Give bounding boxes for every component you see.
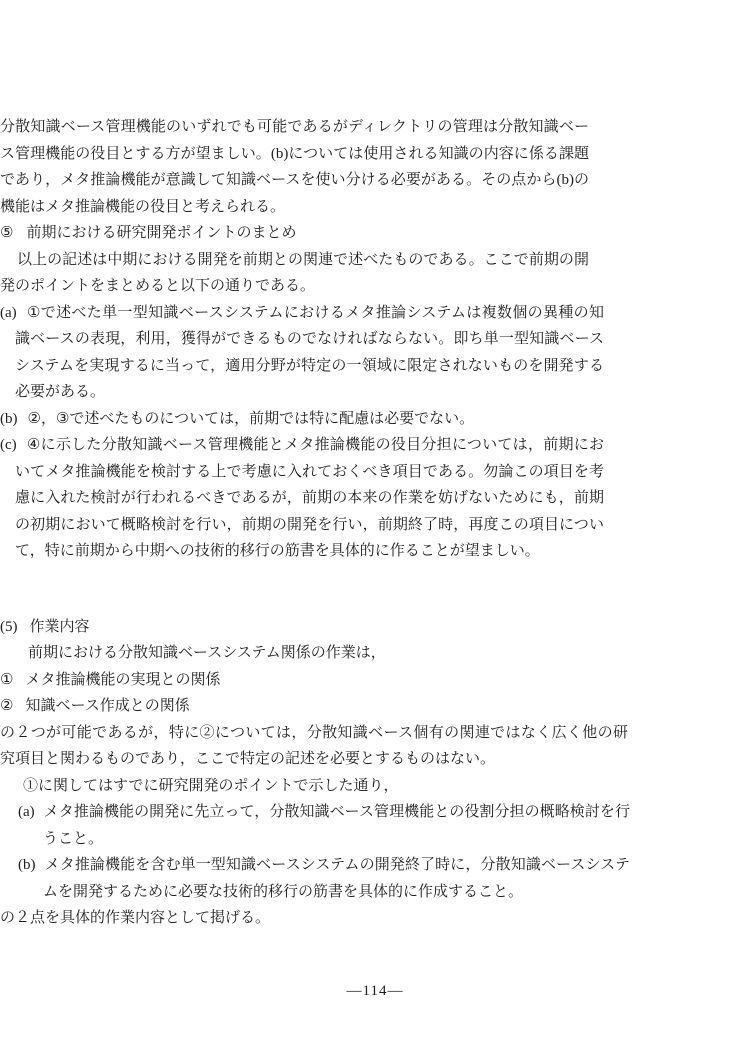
point5-intro-paragraph: 以上の記述は中期における開発を前期との関連で述べたものである。ここで前期の開発の… xyxy=(0,247,589,300)
section5-title: 作業内容 xyxy=(30,619,90,635)
circled-2-label: ② xyxy=(0,698,13,714)
section5-after-items-paragraph: の２つが可能であるが，特に②については，分散知識ベース個有の関連ではなく広く他の… xyxy=(0,720,628,773)
circled-1-label: ① xyxy=(0,672,13,688)
point5-heading: ⑤前期における研究開発ポイントのまとめ xyxy=(0,220,750,247)
page-number: —114— xyxy=(0,978,750,1005)
continuation-paragraph: 分散知識ベース管理機能のいずれでも可能であるがディレクトリの管理は分散知識ベース… xyxy=(0,114,589,220)
point-c-label: (c) xyxy=(0,437,17,453)
work-item-2: ②知識ベース作成との関係 xyxy=(0,693,750,720)
point-b-text: ②，③で述べたものについては，前期では特に配慮は必要でない。 xyxy=(28,411,475,427)
point-a-label: (a) xyxy=(0,305,17,321)
scanned-document-page: 分散知識ベース管理機能のいずれでも可能であるがディレクトリの管理は分散知識ベース… xyxy=(0,0,750,1054)
task-b-text: メタ推論機能を含む単一型知識ベースシステムの開発終了時に，分散知識ベースシステム… xyxy=(43,857,630,900)
work-item-1: ①メタ推論機能の実現との関係 xyxy=(0,667,750,694)
point-item-c: (c)④に示した分散知識ベース管理機能とメタ推論機能の役目分担については，前期に… xyxy=(0,432,604,565)
task-a-text: メタ推論機能の開発に先立って，分散知識ベース管理機能との役割分担の概略検討を行う… xyxy=(43,804,630,847)
section5-label: (5) xyxy=(0,619,18,635)
point-item-a: (a)①で述べた単一型知識ベースシステムにおけるメタ推論システムは複数個の異種の… xyxy=(0,300,604,406)
point-item-b: (b)②，③で述べたものについては，前期では特に配慮は必要でない。 xyxy=(0,406,604,433)
task-a-label: (a) xyxy=(18,804,35,820)
section5-reference-paragraph: ①に関してはすでに研究開発のポイントで示した通り， xyxy=(0,773,750,800)
point-b-label: (b) xyxy=(0,411,18,427)
section5-intro-paragraph: 前期における分散知識ベースシステム関係の作業は， xyxy=(0,640,750,667)
section5: (5)作業内容 前期における分散知識ベースシステム関係の作業は， ①メタ推論機能… xyxy=(0,614,750,932)
section5-closing-paragraph: の２点を具体的作業内容として掲げる。 xyxy=(0,905,750,932)
task-b-label: (b) xyxy=(18,857,36,873)
point5-title: 前期における研究開発ポイントのまとめ xyxy=(26,225,296,241)
point-a-text: ①で述べた単一型知識ベースシステムにおけるメタ推論システムは複数個の異種の知識ベ… xyxy=(15,305,604,401)
task-item-a: (a)メタ推論機能の開発に先立って，分散知識ベース管理機能との役割分担の概略検討… xyxy=(0,799,630,852)
work-item-1-text: メタ推論機能の実現との関係 xyxy=(25,672,220,688)
circled-5-label: ⑤ xyxy=(0,225,13,241)
task-item-b: (b)メタ推論機能を含む単一型知識ベースシステムの開発終了時に，分散知識ベースシ… xyxy=(0,852,630,905)
point-c-text: ④に示した分散知識ベース管理機能とメタ推論機能の役目分担については，前期において… xyxy=(15,437,604,559)
page-content: 分散知識ベース管理機能のいずれでも可能であるがディレクトリの管理は分散知識ベース… xyxy=(0,114,750,932)
section5-heading: (5)作業内容 xyxy=(0,614,750,641)
work-item-2-text: 知識ベース作成との関係 xyxy=(25,698,189,714)
